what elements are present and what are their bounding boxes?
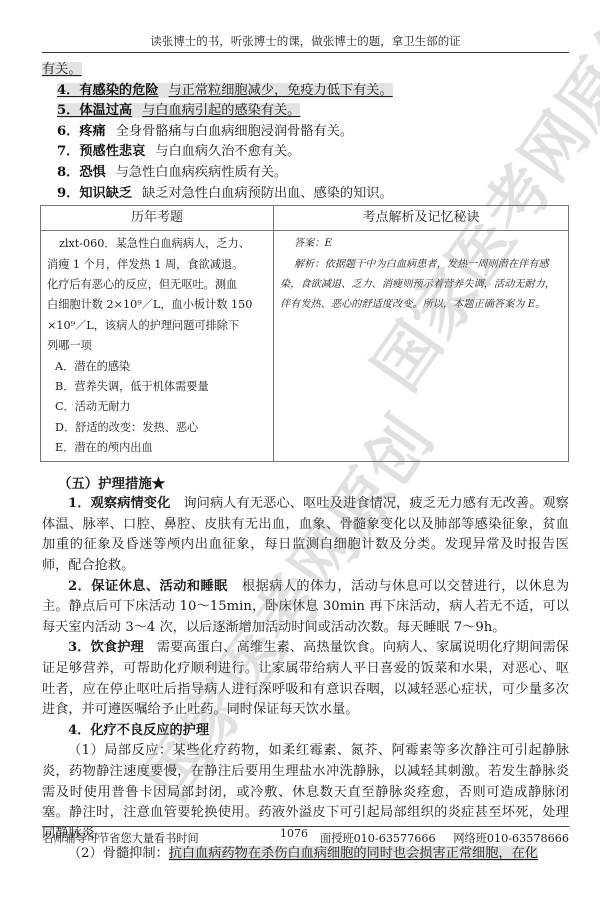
continuation-text: 有关。 [42,60,569,81]
diagnosis-item: 7．预感性悲哀与白血病久治不愈有关。 [57,142,569,163]
section-title: （五）护理措施★ [42,474,569,495]
bone-marrow-suppression-paragraph: （2）骨髓抑制：抗白血病药物在杀伤白血病细胞的同时也会损害正常细胞，在化 [42,844,569,865]
diagnosis-item: 6．疼痛全身骨骼痛与白血病细胞浸润骨骼有关。 [57,122,569,143]
option-b: B．营养失调，低于机体需要量 [47,377,269,397]
page-header: 读张博士的书，听张博士的课，做张博士的题，拿卫生部的证 [42,30,569,53]
answer-text: 答案：E [280,234,564,254]
question-cell: zlxt-060．某急性白血病病人，乏力、 消瘦 1 个月，伴发热 1 周，食欲… [41,231,274,461]
analysis-cell: 答案：E 解析：依据题干中为白血病患者，发热一周则潜在伴有感 染，食欲减退、乏力… [274,231,569,461]
diagnosis-item: 9．知识缺乏缺乏对急性白血病预防出血、感染的知识。 [57,184,569,205]
page-footer: 名师辅导可节省您大量看书时间 1076 面授班010-63577666 网络班0… [42,826,569,830]
diagnosis-item: 8．恐惧与急性白血病疾病性质有关。 [57,163,569,184]
option-c: C．活动无耐力 [47,397,269,417]
column-header-past-questions: 历年考题 [41,206,274,231]
option-d: D．舒适的改变：发热、恶心 [47,418,269,438]
page-content: 有关。 4．有感染的危险与正常粒细胞减少，免疫力低下有关。 5．体温过高与白血病… [42,60,569,865]
option-e: E．潜在的颅内出血 [47,438,269,458]
diagnosis-item: 5．体温过高与白血病引起的感染有关。 [57,101,569,122]
nursing-measure-1: 1．观察病情变化 询问病人有无恶心、呕吐及进食情况，疲乏无力感有无改善。观察体温… [42,494,569,576]
nursing-measure-4-heading: 4．化疗不良反应的护理 [42,721,569,742]
header-slogan: 读张博士的书，听张博士的课，做张博士的题，拿卫生部的证 [150,34,461,48]
column-header-analysis: 考点解析及记忆秘诀 [274,206,569,231]
nursing-diagnosis-list: 4．有感染的危险与正常粒细胞减少，免疫力低下有关。 5．体温过高与白血病引起的感… [42,81,569,205]
exam-question-table: 历年考题 考点解析及记忆秘诀 zlxt-060．某急性白血病病人，乏力、 消瘦 … [40,205,569,461]
footer-contact-onsite: 面授班010-63577666 [320,830,436,846]
option-a: A．潜在的感染 [47,357,269,377]
diagnosis-item: 4．有感染的危险与正常粒细胞减少，免疫力低下有关。 [57,81,569,102]
footer-contact-online: 网络班010-63578666 [453,830,569,846]
footer-slogan: 名师辅导可节省您大量看书时间 [42,830,199,846]
nursing-measure-3: 3．饮食护理 需要高蛋白、高维生素、高热量饮食。向病人、家属说明化疗期间需保证足… [42,638,569,720]
nursing-measure-2: 2．保证休息、活动和睡眠 根据病人的体力，活动与休息可以交替进行，以休息为主。静… [42,577,569,639]
page-number: 1076 [280,827,308,840]
